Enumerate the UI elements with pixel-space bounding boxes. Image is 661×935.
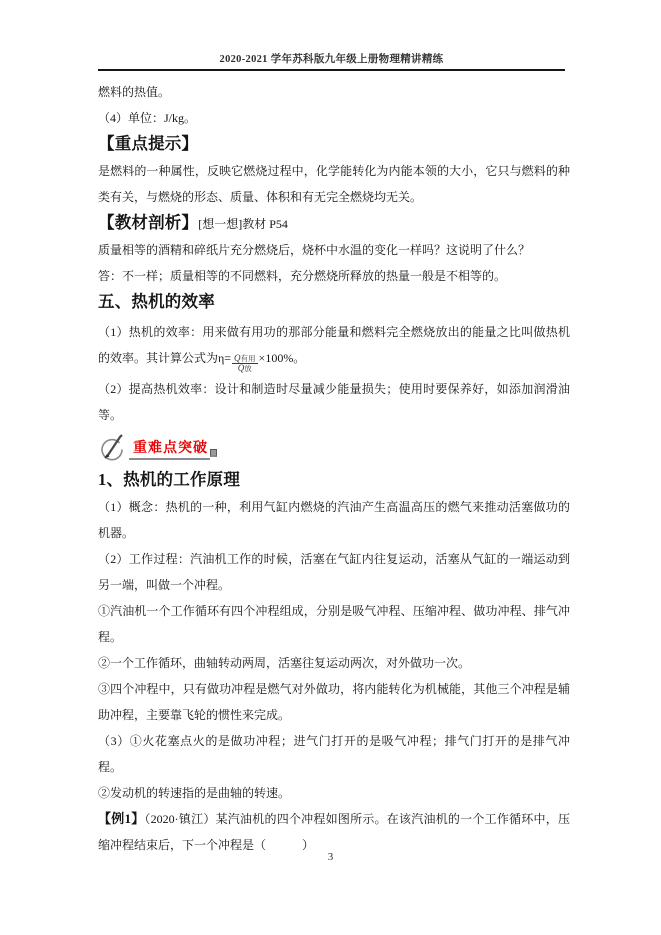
text-segment: ×100%。	[259, 351, 306, 365]
paragraph-question: 质量相等的酒精和碎纸片充分燃烧后，烧杯中水温的变化一样吗？这说明了什么？	[98, 237, 570, 263]
paragraph-efficiency-definition: （1）热机的效率：用来做有用功的那部分能量和燃料完全燃烧放出的能量之比叫做热机的…	[98, 316, 570, 376]
text-segment: 【教材剖析】	[98, 213, 198, 232]
page-number: 3	[328, 851, 334, 863]
badge-corner-icon	[210, 449, 217, 457]
paragraph-improve-efficiency: （2）提高热机效率：设计和制造时尽量减少能量损失；使用时要保养好，如添加润滑油等…	[98, 376, 570, 428]
text-segment: [想一想]教材 P54	[198, 217, 288, 231]
highlight-badge: 重难点突破	[98, 431, 570, 465]
pen-circle-icon	[98, 433, 126, 463]
paragraph-key-note-body: 是燃料的一种属性，反映它燃烧过程中，化学能转化为内能本领的大小，它只与燃料的种类…	[98, 158, 570, 210]
text-segment: ②发动机的转速指的是曲轴的转速。	[98, 786, 290, 800]
paragraph-answer: 答：不一样；质量相等的不同燃料，充分燃烧所释放的热量一般是不相等的。	[98, 263, 570, 289]
document-body: 燃料的热值。（4）单位：J/kg。【重点提示】是燃料的一种属性，反映它燃烧过程中…	[98, 71, 570, 858]
header-title: 2020-2021 学年苏科版九年级上册物理精讲精练	[220, 54, 444, 65]
paragraph-working-process: （2）工作过程：汽油机工作的时候，活塞在气缸内往复运动，活塞从气缸的一端运动到另…	[98, 546, 570, 598]
text-segment: 1、热机的工作原理	[98, 470, 240, 489]
text-segment: ①汽油机一个工作循环有四个冲程组成，分别是吸气冲程、压缩冲程、做功冲程、排气冲程…	[98, 604, 570, 644]
paragraph-heat-value-tail: 燃料的热值。	[98, 79, 570, 105]
paragraph-one-cycle: ②一个工作循环，曲轴转动两周，活塞往复运动两次，对外做功一次。	[98, 650, 570, 676]
heading-textbook-analysis: 【教材剖析】[想一想]教材 P54	[98, 210, 570, 237]
page-footer: 3	[0, 851, 661, 863]
paragraph-engine-concept: （1）概念：热机的一种，利用气缸内燃烧的汽油产生高温高压的燃气来推动活塞做功的机…	[98, 494, 570, 546]
heading-section-five: 五、热机的效率	[98, 289, 570, 316]
text-segment: （2）提高热机效率：设计和制造时尽量减少能量损失；使用时要保养好，如添加润滑油等…	[98, 382, 570, 422]
badge-label: 重难点突破	[129, 437, 210, 460]
heading-key-note: 【重点提示】	[98, 131, 570, 158]
paragraph-power-stroke: ③四个冲程中，只有做功冲程是燃气对外做功，将内能转化为机械能，其他三个冲程是辅助…	[98, 676, 570, 728]
text-segment: 答：不一样；质量相等的不同燃料，充分燃烧所释放的热量一般是不相等的。	[98, 269, 506, 283]
paragraph-spark-plug: （3）①火花塞点火的是做功冲程；进气门打开的是吸气冲程；排气门打开的是排气冲程。	[98, 728, 570, 780]
document-page: 2020-2021 学年苏科版九年级上册物理精讲精练 燃料的热值。（4）单位：J…	[0, 0, 661, 935]
text-segment: 燃料的热值。	[98, 85, 170, 99]
text-segment: （3）①火花塞点火的是做功冲程；进气门打开的是吸气冲程；排气门打开的是排气冲程。	[98, 734, 570, 774]
text-segment: 是燃料的一种属性，反映它燃烧过程中，化学能转化为内能本领的大小，它只与燃料的种类…	[98, 164, 570, 204]
text-segment: （2）工作过程：汽油机工作的时候，活塞在气缸内往复运动，活塞从气缸的一端运动到另…	[98, 552, 570, 592]
text-segment: （2020·镇江）某汽油机的四个冲程如图所示。在该汽油机的一个工作循环中，压缩冲…	[98, 812, 570, 852]
text-segment: ②一个工作循环，曲轴转动两周，活塞往复运动两次，对外做功一次。	[98, 656, 470, 670]
paragraph-four-strokes: ①汽油机一个工作循环有四个冲程组成，分别是吸气冲程、压缩冲程、做功冲程、排气冲程…	[98, 598, 570, 650]
text-segment: 质量相等的酒精和碎纸片充分燃烧后，烧杯中水温的变化一样吗？这说明了什么？	[98, 243, 530, 257]
text-segment: 五、热机的效率	[98, 292, 215, 311]
text-segment: （1）概念：热机的一种，利用气缸内燃烧的汽油产生高温高压的燃气来推动活塞做功的机…	[98, 500, 570, 540]
heading-engine-principle: 1、热机的工作原理	[98, 467, 570, 494]
text-segment: 【重点提示】	[98, 134, 198, 153]
text-segment: 【例1】	[98, 811, 144, 826]
paragraph-crankshaft-speed: ②发动机的转速指的是曲轴的转速。	[98, 780, 570, 806]
efficiency-fraction: Q有用Q放	[232, 354, 258, 374]
text-segment: ③四个冲程中，只有做功冲程是燃气对外做功，将内能转化为机械能，其他三个冲程是辅助…	[98, 682, 570, 722]
text-segment: （4）单位：J/kg。	[98, 111, 196, 125]
paragraph-unit: （4）单位：J/kg。	[98, 105, 570, 131]
text-segment: （1）热机的效率：用来做有用功的那部分能量和燃料完全燃烧放出的能量之比叫做热机的…	[98, 325, 570, 365]
page-header: 2020-2021 学年苏科版九年级上册物理精讲精练	[98, 0, 565, 71]
